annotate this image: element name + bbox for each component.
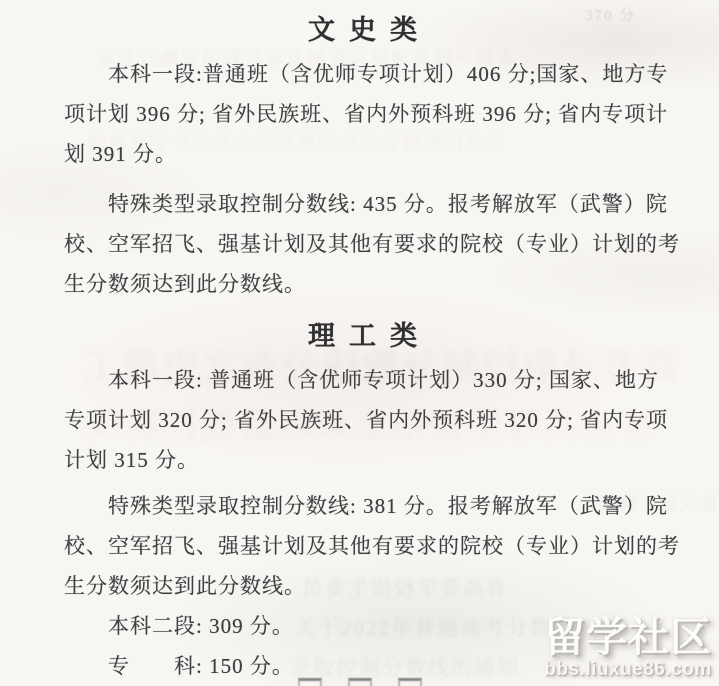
paragraph: 本科一段:普通班（含优师专项计划）406 分;国家、地方专项计划 396 分; … [64, 54, 661, 174]
text-line: 校、空军招飞、强基计划及其他有要求的院校（专业）计划的考 [64, 224, 661, 264]
section-title: 文史类 [64, 14, 661, 46]
cutoff-glyph-mark [398, 678, 422, 686]
paragraph: 特殊类型录取控制分数线: 435 分。报考解放军（武警）院校、空军招飞、强基计划… [64, 184, 661, 304]
text-line: 划 391 分。 [64, 134, 661, 174]
text-line: 特殊类型录取控制分数线: 435 分。报考解放军（武警）院 [64, 184, 661, 224]
text-line: 项计划 396 分; 省外民族班、省内外预科班 396 分; 省内专项计 [64, 94, 661, 134]
text-line: 生分数须达到此分数线。 [64, 566, 661, 606]
text-line: 特殊类型录取控制分数线: 381 分。报考解放军（武警）院 [64, 486, 661, 526]
text-line: 本科二段: 309 分。 [64, 606, 661, 646]
text-line: 本科一段:普通班（含优师专项计划）406 分;国家、地方专 [64, 54, 661, 94]
paragraph: 本科二段: 309 分。 [64, 606, 661, 646]
text-line: 生分数须达到此分数线。 [64, 264, 661, 304]
document-section: 理工类本科一段: 普通班（含优师专项计划）330 分; 国家、地方专项计划 32… [64, 320, 661, 686]
text-line: 专项计划 320 分; 省外民族班、省内外预科班 320 分; 省内专项 [64, 400, 661, 440]
cutoff-glyph-mark [348, 678, 372, 686]
document-content: 文史类本科一段:普通班（含优师专项计划）406 分;国家、地方专项计划 396 … [0, 0, 719, 686]
next-section-title-cutoff [298, 678, 422, 686]
scanned-document-page: 370 分本科一段普通班含优师专项计划国家地方专项省外民族班省内外预科班省内专项… [0, 0, 719, 686]
text-line: 本科一段: 普通班（含优师专项计划）330 分; 国家、地方 [64, 360, 661, 400]
paragraph: 本科一段: 普通班（含优师专项计划）330 分; 国家、地方专项计划 320 分… [64, 360, 661, 480]
cutoff-glyph-mark [298, 678, 322, 686]
text-line: 校、空军招飞、强基计划及其他有要求的院校（专业）计划的考 [64, 526, 661, 566]
section-title: 理工类 [64, 320, 661, 352]
document-section: 文史类本科一段:普通班（含优师专项计划）406 分;国家、地方专项计划 396 … [64, 14, 661, 304]
text-line: 计划 315 分。 [64, 440, 661, 480]
paragraph: 特殊类型录取控制分数线: 381 分。报考解放军（武警）院校、空军招飞、强基计划… [64, 486, 661, 606]
